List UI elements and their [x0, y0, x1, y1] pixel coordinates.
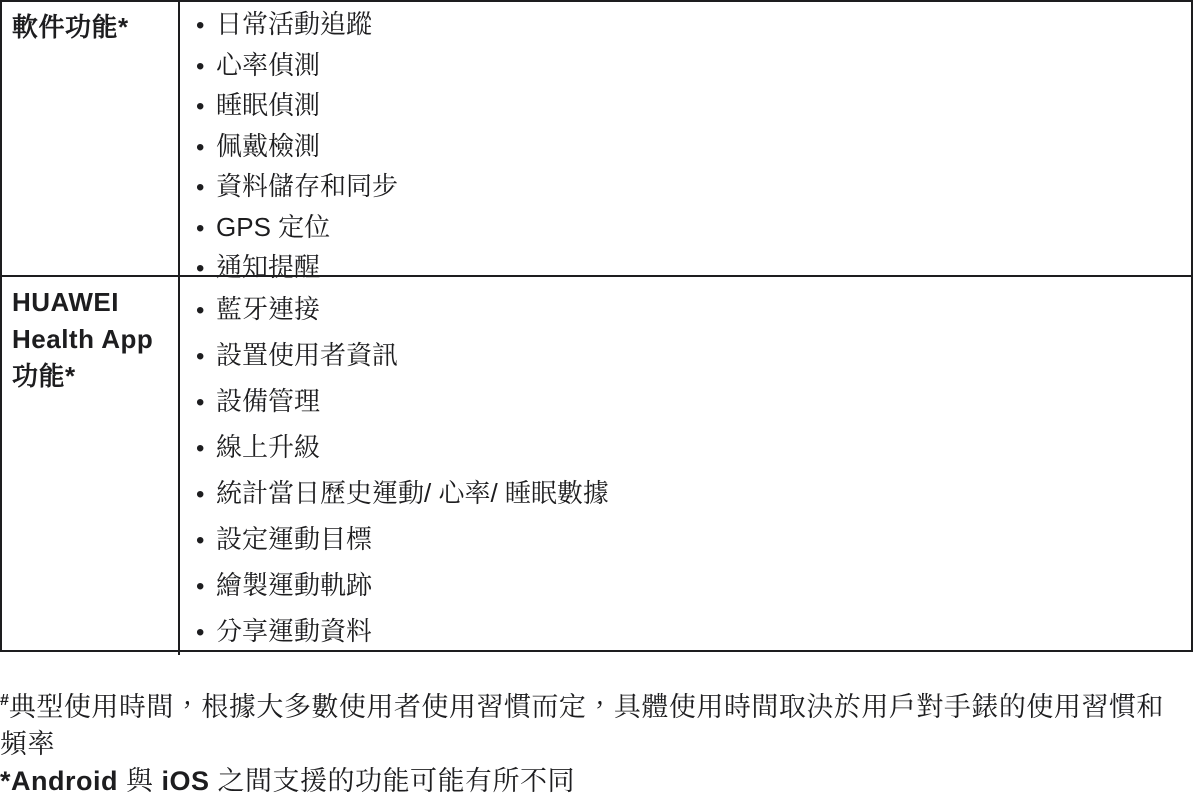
footnote-marker-hash: # — [0, 692, 9, 709]
list-item: •GPS 定位 — [196, 208, 1191, 249]
bullet-icon: • — [196, 334, 216, 379]
bullet-icon: • — [196, 48, 216, 87]
footnotes-section: #典型使用時間，根據大多數使用者使用習慣而定，具體使用時間取決於用戶對手錶的使用… — [0, 652, 1200, 795]
table-row-health-app-features: HUAWEI Health App 功能* •藍牙連接 •設置使用者資訊 •設備… — [2, 277, 1191, 650]
footnote-android-ios: *Android 與 iOS 之間支援的功能可能有所不同 — [0, 763, 1200, 795]
list-item: •藍牙連接 — [196, 287, 1191, 333]
list-item: •資料儲存和同步 — [196, 167, 1191, 208]
bullet-icon: • — [196, 518, 216, 563]
footnote-text: 與 — [118, 766, 162, 795]
footnote-typical-use-line-1: #典型使用時間，根據大多數使用者使用習慣而定，具體使用時間取決於用戶對手錶的使用… — [0, 682, 1200, 726]
row-header-software-features: 軟件功能* — [2, 2, 180, 289]
footnote-typical-use-line-2: 頻率 — [0, 726, 1200, 763]
feature-label: 日常活動追蹤 — [216, 9, 372, 39]
list-item: •佩戴檢測 — [196, 127, 1191, 168]
bullet-icon: • — [196, 610, 216, 655]
row-content-software-features: •日常活動追蹤 •心率偵測 •睡眠偵測 •佩戴檢測 •資料儲存和同步 •GPS … — [180, 2, 1191, 289]
list-item: •心率偵測 — [196, 46, 1191, 87]
feature-list: •日常活動追蹤 •心率偵測 •睡眠偵測 •佩戴檢測 •資料儲存和同步 •GPS … — [196, 5, 1191, 289]
list-item: •統計當日歷史運動/ 心率/ 睡眠數據 — [196, 471, 1191, 517]
bullet-icon: • — [196, 210, 216, 249]
bullet-icon: • — [196, 7, 216, 46]
row-header-health-app-features: HUAWEI Health App 功能* — [2, 277, 180, 655]
feature-label: 藍牙連接 — [216, 294, 320, 324]
list-item: •繪製運動軌跡 — [196, 563, 1191, 609]
feature-label: 設備管理 — [216, 386, 320, 416]
table-row-software-features: 軟件功能* •日常活動追蹤 •心率偵測 •睡眠偵測 •佩戴檢測 •資料儲存和同步… — [2, 2, 1191, 277]
list-item: •分享運動資料 — [196, 609, 1191, 655]
feature-label: GPS 定位 — [216, 212, 330, 242]
bullet-icon: • — [196, 129, 216, 168]
bullet-icon: • — [196, 88, 216, 127]
bullet-icon: • — [196, 426, 216, 471]
list-item: •日常活動追蹤 — [196, 5, 1191, 46]
footnote-text: 頻率 — [0, 729, 55, 759]
feature-label: 統計當日歷史運動/ 心率/ 睡眠數據 — [216, 478, 609, 508]
bullet-icon: • — [196, 288, 216, 333]
list-item: •設置使用者資訊 — [196, 333, 1191, 379]
spec-document-page: 軟件功能* •日常活動追蹤 •心率偵測 •睡眠偵測 •佩戴檢測 •資料儲存和同步… — [0, 0, 1200, 795]
footnote-ios-label: iOS — [162, 766, 210, 795]
feature-label: 佩戴檢測 — [216, 131, 320, 161]
feature-label: 睡眠偵測 — [216, 90, 320, 120]
bullet-icon: • — [196, 380, 216, 425]
feature-label: 設定運動目標 — [216, 524, 372, 554]
feature-label: 分享運動資料 — [216, 616, 372, 646]
footnote-text: 之間支援的功能可能有所不同 — [210, 766, 576, 795]
feature-label: 資料儲存和同步 — [216, 171, 398, 201]
feature-label: 繪製運動軌跡 — [216, 570, 372, 600]
row-header-label: 軟件功能* — [12, 12, 129, 42]
footnote-android-label: *Android — [0, 766, 118, 795]
list-item: •線上升級 — [196, 425, 1191, 471]
row-header-label: HUAWEI Health App 功能* — [12, 287, 153, 391]
spec-table: 軟件功能* •日常活動追蹤 •心率偵測 •睡眠偵測 •佩戴檢測 •資料儲存和同步… — [0, 0, 1193, 652]
bullet-icon: • — [196, 564, 216, 609]
feature-list: •藍牙連接 •設置使用者資訊 •設備管理 •線上升級 •統計當日歷史運動/ 心率… — [196, 287, 1191, 655]
list-item: •設備管理 — [196, 379, 1191, 425]
list-item: •睡眠偵測 — [196, 86, 1191, 127]
row-content-health-app-features: •藍牙連接 •設置使用者資訊 •設備管理 •線上升級 •統計當日歷史運動/ 心率… — [180, 277, 1191, 655]
bullet-icon: • — [196, 169, 216, 208]
bullet-icon: • — [196, 472, 216, 517]
footnote-text: 典型使用時間，根據大多數使用者使用習慣而定，具體使用時間取決於用戶對手錶的使用習… — [9, 692, 1164, 722]
feature-label: 心率偵測 — [216, 50, 320, 80]
list-item: •設定運動目標 — [196, 517, 1191, 563]
feature-label: 設置使用者資訊 — [216, 340, 398, 370]
feature-label: 線上升級 — [216, 432, 320, 462]
